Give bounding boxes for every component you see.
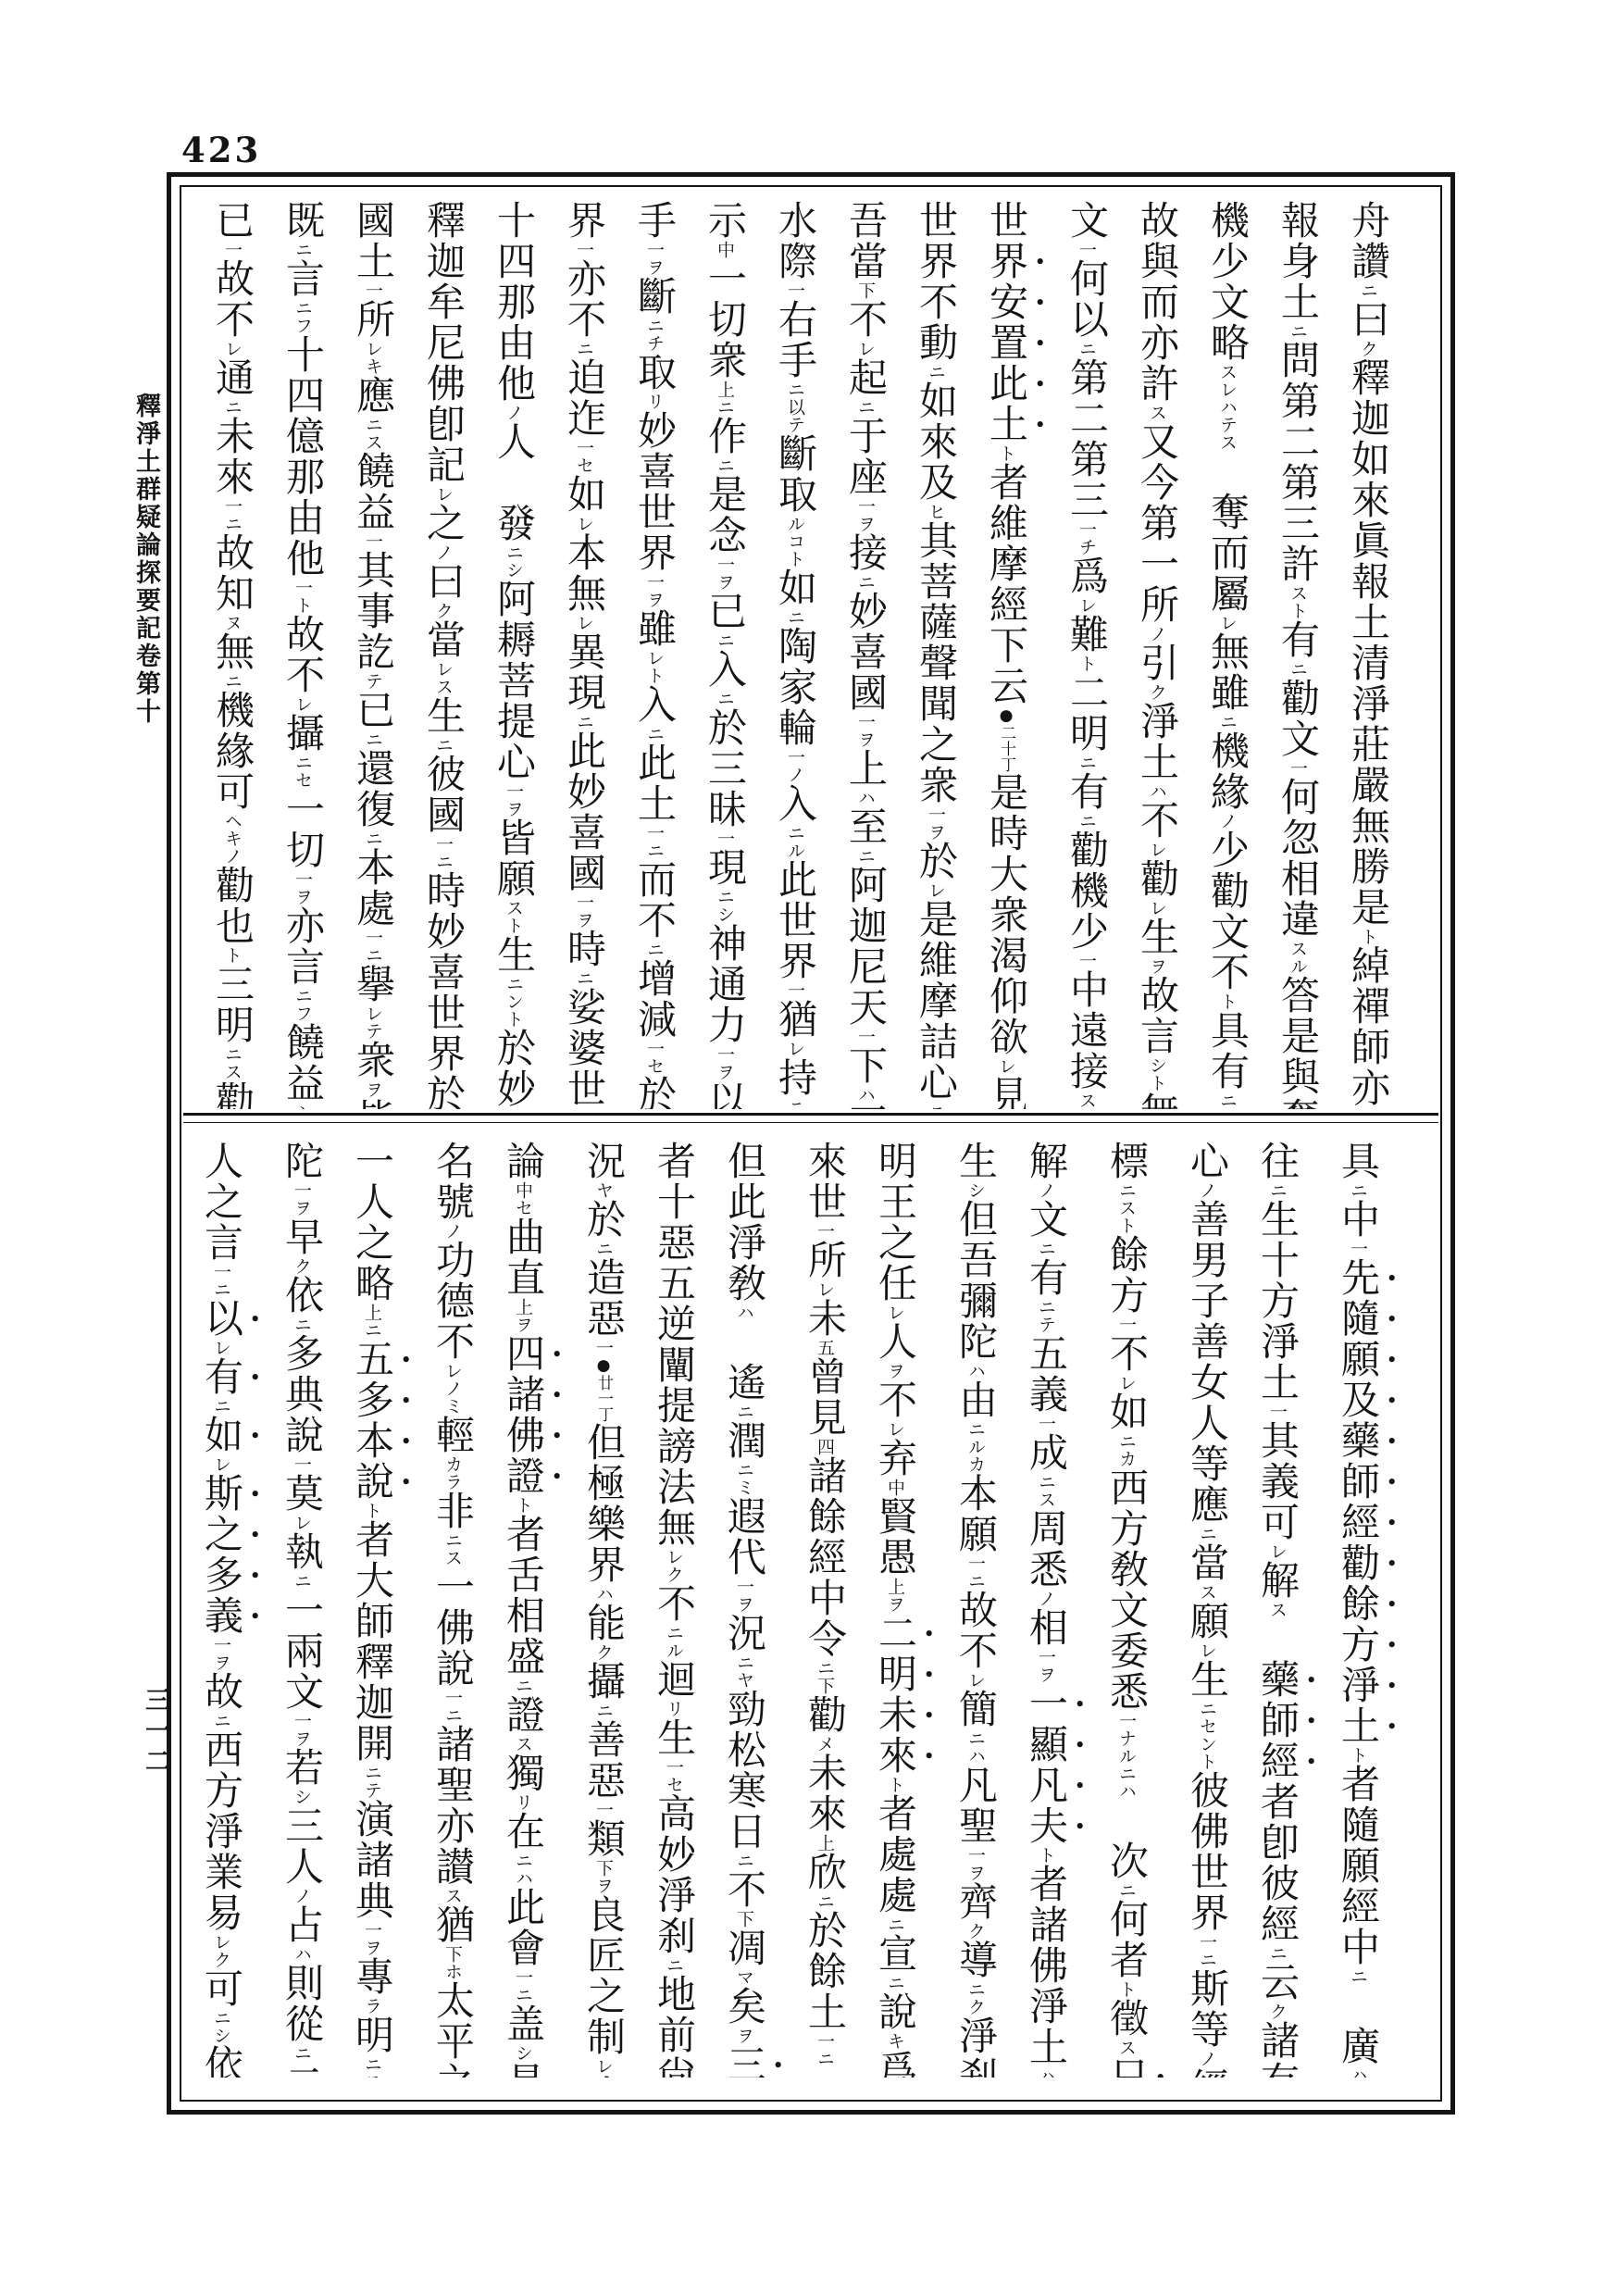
kunten-mark: ハ [292, 1945, 312, 1963]
text-column: 世界不動ニ如來及ヒ其菩薩聲聞之衆一ヲ於レ是維摩詰心ニ念スラク [901, 200, 971, 1109]
kunten-mark: ニ [1077, 812, 1097, 830]
kunten-mark: ハ [1147, 782, 1167, 800]
kunten-mark: 一 [574, 439, 594, 456]
kunten-mark: 中 [513, 1181, 533, 1199]
kunten-mark: ニ [1267, 1944, 1288, 1962]
kunten-mark: 一 [222, 241, 243, 258]
kunten-mark: 上 [885, 1578, 905, 1595]
kunten-mark: ハ [855, 789, 876, 806]
kunten-mark: ニ [222, 672, 243, 690]
kunten-mark: ニ [433, 853, 454, 870]
kunten-mark: ス [1036, 1491, 1056, 1508]
kunten-mark: ニ [885, 1974, 905, 1991]
text-column: 既ニ言ニフ十四億那由他一ト故不レ攝ニセ一切一ヲ亦言ニフ饒益シ其事訖ト [268, 200, 338, 1109]
kunten-mark: シ [513, 2044, 533, 2062]
kunten-mark: 四 [815, 1438, 835, 1455]
kunten-mark: ニ [211, 1397, 231, 1415]
kunten-mark: 一 [1036, 1648, 1056, 1666]
kunten-mark: ニ [593, 1702, 614, 1719]
kunten-mark: ニ [1197, 1525, 1217, 1542]
text-column: 一人之略上ニ五多本說ト者大師釋迦開ニテ演諸典一ヲ專ラ明ニス彌 [337, 1141, 417, 2078]
folio-note: ●二十丁 [997, 706, 1015, 772]
kunten-mark: ヲ [734, 1595, 754, 1613]
text-column: 陀一ヲ早ク依ニ多典說一莫レ執ニ一兩文一ヲ若シ三人ノ占ハ則從ニ二 [267, 1141, 337, 2078]
kunten-mark: ニ [644, 842, 665, 859]
kunten-mark: レ [885, 1420, 905, 1438]
kunten-mark: レ [1217, 614, 1238, 631]
kunten-mark: レ [1267, 1542, 1288, 1560]
kunten-mark: ニ [1116, 1432, 1137, 1450]
kunten-mark: ク [211, 1951, 231, 1968]
kunten-mark: ヲ [513, 1316, 533, 1333]
kunten-mark: テ [1036, 1316, 1056, 1333]
kunten-mark: シ [504, 561, 524, 579]
kunten-mark: ニ [1267, 1181, 1288, 1199]
kunten-mark: ハ [965, 1362, 986, 1379]
kunten-mark: 下 [442, 1945, 463, 1963]
kunten-mark: レ [211, 1933, 231, 1951]
text-column: 論中セ曲直上ヲ四諸佛證ト者舌相盛ニ證ス獨リ在ニハ此會一ニ盖シ是大善 [488, 1141, 568, 2078]
kunten-mark: ニ [1288, 660, 1308, 678]
upper-text-block: 舟讚ニ曰ク釋迦如來眞報土清淨莊嚴無勝是ト綽禪師亦屬ス報身土ニ問第二第三許スト有ニ… [187, 200, 1403, 1109]
kunten-mark: ス [222, 1063, 243, 1080]
kunten-mark: ス [1116, 2039, 1137, 2056]
kunten-mark: レ [926, 881, 946, 899]
kunten-mark: 一 [815, 1222, 835, 1240]
kunten-mark: リ [644, 393, 665, 410]
kunten-mark: 一 [1116, 1316, 1137, 1333]
kunten-mark: ス [442, 1549, 463, 1566]
kunten-mark: ス [1217, 433, 1238, 451]
kunten-mark: 一 [965, 1846, 986, 1864]
kunten-mark: ニ [885, 1915, 905, 1933]
kunten-mark: ク [965, 1922, 986, 1940]
kunten-mark: ク [1358, 340, 1378, 357]
kunten-mark: ノ [292, 1887, 312, 1904]
kunten-mark: シト [1147, 1056, 1167, 1092]
kunten-mark: ヲ [644, 258, 665, 276]
kunten-mark: ト [1217, 992, 1238, 1010]
kunten-mark: ヲ [574, 911, 594, 929]
kunten-mark: ニ [664, 1956, 684, 1974]
kunten-mark: 一 [292, 1712, 312, 1729]
text-column: 來世一所レ未五曾見四諸餘經中令ニ下勸メ未來上欣ニ於餘土一ニ [790, 1141, 860, 2078]
kunten-mark: 一 [734, 1578, 754, 1595]
kunten-mark: 上 [513, 1298, 533, 1316]
kunten-mark: ニ [715, 456, 735, 474]
kunten-mark: 一 [1077, 520, 1097, 538]
kunten-mark: シ [211, 2027, 231, 2044]
kunten-mark: セ [574, 456, 594, 474]
kunten-mark: シ [292, 1788, 312, 1805]
kunten-mark: 一 [855, 1028, 876, 1045]
kunten-mark: ニ [1197, 1700, 1217, 1717]
kunten-mark: フ [292, 317, 313, 334]
kunten-mark: 一 [855, 497, 876, 515]
kunten-mark: ル [664, 1641, 684, 1659]
kunten-mark: レ [1116, 1374, 1137, 1391]
kunten-mark: ニ [785, 1098, 805, 1109]
kunten-mark: ルコト [785, 515, 805, 568]
kunten-mark: レ [785, 1040, 805, 1057]
kunten-mark: レ [442, 1362, 463, 1379]
kunten-mark: 一 [593, 1339, 614, 1356]
kunten-mark: ニ [362, 1321, 382, 1339]
kunten-mark: レ [363, 1004, 383, 1022]
kunten-mark: ニ [734, 1461, 754, 1479]
page-number: 423 [181, 130, 261, 170]
kunten-mark: フ [292, 1004, 313, 1022]
kunten-mark: シ [715, 905, 735, 923]
kunten-mark: ニ [211, 2009, 231, 2027]
kunten-mark: ニ [644, 725, 665, 742]
kunten-mark: ナルニハ [1116, 1729, 1137, 1800]
kunten-mark: ト [1358, 928, 1378, 945]
kunten-mark: ニ [292, 2044, 312, 2062]
kunten-mark: ハ [1348, 2066, 1368, 2078]
kunten-mark: ニ [1197, 1951, 1217, 1968]
kunten-mark: 一 [292, 1181, 312, 1199]
kunten-mark: 下 [593, 1859, 614, 1877]
kunten-mark: ヲ [363, 1080, 383, 1098]
kunten-mark: 一 [363, 281, 383, 299]
kunten-mark: 一 [292, 1455, 312, 1473]
kunten-mark: リ [513, 1793, 533, 1811]
kunten-mark: 一 [1348, 1240, 1368, 1257]
kunten-mark: ニ [442, 1706, 463, 1724]
kunten-mark: ハ [734, 1304, 754, 1321]
kunten-mark: 一 [363, 929, 383, 946]
kunten-mark: 中 [715, 241, 735, 258]
kunten-mark: ト [1077, 655, 1097, 672]
kunten-mark: カラ [442, 1455, 463, 1491]
kunten-mark: ニ [644, 317, 665, 334]
kunten-mark: ノミ [442, 1379, 463, 1415]
kunten-mark: ラ [362, 1997, 382, 2015]
kunten-mark: 一 [644, 573, 665, 591]
kunten-mark: ク [593, 1643, 614, 1661]
kunten-mark: ルカ [965, 1438, 986, 1473]
kunten-mark: ヲ [292, 888, 313, 905]
kunten-mark: チ [644, 334, 665, 352]
kunten-mark: スレハ [1217, 363, 1238, 416]
text-column: 國土一所レキ應ニス饒益一其事訖テ已ニ還復ニ本處一ニ擧レテ衆ヲ皆見ル略抄 [338, 200, 408, 1109]
kunten-mark: キ [885, 2032, 905, 2050]
text-column: 報身土ニ問第二第三許スト有ニ勸文一何忽相違スル答是與奪ノ義 [1263, 200, 1333, 1109]
kunten-mark: 一 [574, 893, 594, 911]
kunten-mark: ニ [1288, 322, 1308, 340]
kunten-mark: 一 [211, 1263, 231, 1280]
kunten-mark: ニ [785, 608, 805, 626]
kunten-mark: 一 [965, 1554, 986, 1572]
kunten-mark: ノ [222, 847, 243, 865]
text-column: 況ヤ於ニ造惡一●廿一丁但極樂界ハ能ク攝ニ善惡一類下ヲ良匠之制レ木ヲ不 [568, 1141, 639, 2078]
kunten-mark: ヲ [715, 573, 735, 591]
text-column: 明王之任レ人ヲ不レ弃中賢愚上ヲ二明未來ト者處處ニ宣ニ說キ爲ニ未 [860, 1141, 940, 2078]
kunten-mark: テ [1217, 416, 1238, 433]
kunten-mark: レ [815, 1280, 835, 1298]
kunten-mark: ス [1267, 1601, 1288, 1618]
kunten-mark: ヲ [926, 823, 946, 841]
kunten-mark: ス [363, 433, 383, 451]
kunten-mark: ノ [1197, 2050, 1217, 2067]
text-column: 解ノ文ニ有ニテ五義一成ニス周悉ノ相一ヲ一顯凡夫ト者諸佛淨土ハ凡類難シ [1011, 1141, 1091, 2078]
kunten-mark: ハ [1036, 2067, 1056, 2078]
kunten-mark: ス [513, 1735, 533, 1753]
kunten-mark: セ [644, 1057, 665, 1075]
kunten-mark: セ [664, 1776, 684, 1793]
kunten-mark: ノ [785, 766, 805, 783]
kunten-mark: 下 [855, 281, 876, 299]
kunten-mark: ニ [362, 1764, 382, 1781]
kunten-mark: ニ [1116, 1881, 1137, 1899]
kunten-mark: ニ [855, 398, 876, 416]
text-column: 界一亦不ニ迫迮一セ如レ本無レ異現ニ此妙喜國一ヲ時ニ娑婆世界ノ [549, 200, 619, 1109]
kunten-mark: ニ [574, 713, 594, 730]
kunten-mark: ニ [211, 1280, 231, 1298]
kunten-mark: レ [996, 1057, 1016, 1075]
kunten-mark: ノ [1197, 1181, 1217, 1199]
kunten-mark: ニ [855, 847, 876, 865]
kunten-mark: ニ [292, 241, 313, 258]
text-column: 往ニ生十方淨土一其義可レ解ス 藥師經者卽彼經ニ云ク諸有信 [1242, 1141, 1323, 2078]
kunten-mark: 一 [504, 782, 524, 800]
kunten-mark: ニ [815, 1659, 835, 1677]
kunten-mark: ク [1147, 683, 1167, 701]
kunten-mark: ト [504, 917, 524, 934]
kunten-mark: ク [1267, 2003, 1288, 2020]
kunten-mark: ト [362, 1502, 382, 1519]
kunten-mark: ニ [1036, 1240, 1056, 1257]
kunten-mark: ニ [222, 515, 243, 532]
block-divider-thin [183, 1122, 1438, 1123]
kunten-mark: ノ [1036, 1590, 1056, 1607]
kunten-mark: ヤ [734, 1671, 754, 1689]
kunten-mark: ニ [1217, 713, 1238, 730]
kunten-mark: ト [996, 444, 1016, 462]
kunten-mark: レ [211, 1455, 231, 1473]
kunten-mark: ヲ [734, 2027, 754, 2044]
kunten-mark: ニ [965, 1420, 986, 1438]
kunten-mark: シ [965, 1181, 986, 1199]
kunten-mark: 一 [926, 805, 946, 823]
kunten-mark: ヌ [222, 614, 243, 631]
kunten-mark: 一 [785, 748, 805, 766]
kunten-mark: ニ [855, 573, 876, 591]
text-column: 十四那由他ノ人 發ニシ阿耨菩提心一ヲ皆願スト生ニント於妙喜佛土一ニ [479, 200, 549, 1109]
folio-number: 三一二 [137, 1687, 173, 1798]
kunten-mark: ス [1147, 404, 1167, 421]
kunten-mark: ニ [211, 1712, 231, 1729]
kunten-mark: レ [664, 1548, 684, 1566]
kunten-mark: レ [1147, 899, 1167, 917]
kunten-mark: ク [433, 602, 454, 619]
kunten-mark: ト [292, 596, 313, 614]
kunten-mark: ニ [504, 543, 524, 561]
text-column: 釋迦牟尼佛卽記レ之ノ曰ク當レス生ニ彼國一ニ時妙喜世界於ニ此 [408, 200, 479, 1109]
kunten-mark: 上 [815, 1834, 835, 1852]
margin-title: 釋淨土群疑論探要記卷第十 [128, 393, 164, 726]
kunten-mark: ヲ [965, 1864, 986, 1881]
kunten-mark: ヲ [593, 1877, 614, 1894]
text-column: 已一故不レ通ニ未來一ニ故知ヌ無ニ機緣可ヘキノ勸也ト三明ニス勸文不 [197, 200, 268, 1109]
kunten-mark: ヲ [885, 1362, 905, 1379]
kunten-mark: ク [292, 1257, 312, 1275]
kunten-mark: ニ [513, 1852, 533, 1869]
scanned-book-page: { "page": { "number": "423", "margin_tit… [0, 0, 1618, 2296]
kunten-mark: ト [885, 1776, 905, 1793]
kunten-mark: ヲ [1036, 1666, 1056, 1683]
kunten-mark: レ [292, 1514, 312, 1531]
kunten-mark: ニ [222, 1045, 243, 1063]
kunten-mark: ニ [734, 1852, 754, 1869]
kunten-mark: 一 [593, 1801, 614, 1818]
kunten-mark: レ [211, 1339, 231, 1356]
text-column: 名號ノ功德不レノミ輕カラ非ニス一佛說一ニ諸聖亦讃ス猶下ホ太平之功非中 [417, 1141, 488, 2078]
kunten-mark: テ [363, 672, 383, 690]
kunten-mark: セ [292, 771, 313, 789]
kunten-mark: 一 [222, 497, 243, 515]
kunten-mark: テ [363, 1022, 383, 1040]
kunten-mark: カ [1116, 1450, 1137, 1467]
kunten-mark: レ [1197, 1641, 1217, 1659]
kunten-mark: ノ [442, 1222, 463, 1240]
kunten-mark: ニ [1348, 1967, 1368, 1985]
kunten-mark: ント [504, 992, 524, 1028]
kunten-mark: ヲ [504, 800, 524, 817]
kunten-mark: ニ [815, 1892, 835, 1910]
kunten-mark: 中 [885, 1479, 905, 1496]
kunten-mark: ニ [715, 631, 735, 649]
kunten-mark: レ [1077, 596, 1097, 614]
kunten-mark: レ [593, 2057, 614, 2075]
kunten-mark: 一 [362, 1921, 382, 1939]
kunten-mark: ニ [292, 987, 313, 1004]
text-column: 文一何以ニ第二第三一チ爲レ難ト二明ニ有ニ勸機少一中遠接ス妙喜 [1052, 200, 1122, 1109]
kunten-mark: ト [513, 1496, 533, 1514]
text-column: 水際一右手ニ以テ斷取ルコト如ニ陶家輪一ノ入ニル此世界一猶レ持ニカ花鬘一ヲ [760, 200, 830, 1109]
kunten-mark: 一 [433, 835, 454, 853]
kunten-mark: 一 [1267, 1403, 1288, 1420]
kunten-mark: ニ [362, 2055, 382, 2073]
kunten-mark: ヲ [644, 591, 665, 608]
kunten-mark: レ [292, 695, 313, 713]
kunten-mark: ス [1197, 1583, 1217, 1601]
kunten-mark: 一 [644, 241, 665, 258]
kunten-mark: ニ [1348, 1181, 1368, 1199]
kunten-mark: ト [1288, 602, 1308, 619]
kunten-mark: スト [1116, 1199, 1137, 1234]
kunten-mark: ヤ [593, 1181, 614, 1199]
kunten-mark: 一 [1116, 1712, 1137, 1729]
kunten-mark: セント [1197, 1717, 1217, 1770]
kunten-mark: 五 [815, 1339, 835, 1356]
kunten-mark: セ [513, 1199, 533, 1217]
lower-text-block: 具ニ中一先隨願及藥師經勸餘方淨土ト者隨願經中ニ 廣ハク明ス往ニ生十方淨土一其義可… [187, 1141, 1403, 2078]
kunten-mark: レ [1147, 841, 1167, 858]
kunten-mark: ル [785, 842, 805, 859]
kunten-mark: ヒ [926, 503, 946, 520]
kunten-mark: 一 [664, 1758, 684, 1776]
kunten-mark: レ [433, 660, 454, 678]
kunten-mark: ト [644, 667, 665, 684]
kunten-mark: 一 [513, 1968, 533, 1986]
kunten-mark: 一 [785, 981, 805, 999]
kunten-mark: ニ [1036, 1298, 1056, 1316]
kunten-mark: ノ [1217, 812, 1238, 830]
kunten-mark: ミ [734, 1479, 754, 1496]
kunten-mark: 一 [574, 241, 594, 258]
kunten-mark: ハ [965, 1747, 986, 1765]
text-column: 世界安置此土ト者維摩經下云●二十丁是時大衆渴仰欲レ見ントニ妙喜 [971, 200, 1052, 1109]
kunten-mark: ハ [855, 1086, 876, 1104]
kunten-mark: レ [574, 614, 594, 631]
kunten-mark: ニ [715, 398, 735, 416]
kunten-mark: ニ [926, 1103, 946, 1109]
kunten-mark: ニ [504, 975, 524, 992]
kunten-mark: ノ [433, 543, 454, 561]
kunten-mark: ヘキ [222, 812, 243, 847]
kunten-mark: ニ [715, 888, 735, 905]
kunten-mark: ト [1116, 1980, 1137, 1998]
kunten-mark: ヲ [211, 1653, 231, 1671]
kunten-mark: チ [1077, 538, 1097, 555]
kunten-mark: ス [442, 1887, 463, 1904]
kunten-mark: ス [433, 678, 454, 695]
kunten-mark: 一 [1288, 759, 1308, 777]
kunten-mark: ハ [513, 1869, 533, 1887]
kunten-mark: 下 [815, 1677, 835, 1694]
kunten-mark: ニ [593, 1240, 614, 1257]
kunten-mark: 上 [362, 1304, 382, 1321]
kunten-mark: ニ [785, 381, 805, 398]
kunten-mark: レ [363, 340, 383, 357]
kunten-mark: ヲ [885, 1595, 905, 1613]
kunten-mark: ニ [222, 398, 243, 416]
kunten-mark: ホ [442, 1963, 463, 1980]
kunten-mark: ニ [292, 1572, 312, 1590]
kunten-mark: ニ [574, 340, 594, 357]
kunten-mark: ヲ [715, 1063, 735, 1080]
kunten-mark: ク [965, 1998, 986, 2015]
kunten-mark: ニ [433, 736, 454, 754]
kunten-mark: ニ [363, 730, 383, 748]
text-column: 舟讚ニ曰ク釋迦如來眞報土清淨莊嚴無勝是ト綽禪師亦屬ス [1333, 200, 1403, 1109]
kunten-mark: 下 [734, 1910, 754, 1928]
kunten-mark: ヲ [292, 1729, 312, 1747]
kunten-mark: ク [664, 1566, 684, 1583]
text-column: 具ニ中一先隨願及藥師經勸餘方淨土ト者隨願經中ニ 廣ハク明ス [1323, 1141, 1403, 2078]
kunten-mark: レ [855, 340, 876, 357]
kunten-mark: 一 [442, 1689, 463, 1706]
kunten-mark: ノ [504, 404, 524, 421]
kunten-mark: ニ [292, 1316, 312, 1333]
kunten-mark: 一 [785, 281, 805, 299]
kunten-mark: シ [292, 1104, 313, 1109]
kunten-mark: ヲ [1147, 957, 1167, 975]
kunten-mark: 以テ [785, 398, 805, 433]
kunten-mark: ニ [965, 1980, 986, 1998]
text-column: 人之言一ニ以レ有ニ如レ斯之多義一ヲ故ニ西方淨業易レク可ニシ依行一ニ [187, 1141, 267, 2078]
kunten-mark: リ [664, 1700, 684, 1717]
kunten-mark: ニ [363, 416, 383, 433]
kunten-mark: ノ [1147, 625, 1167, 643]
kunten-mark: ニ [574, 969, 594, 987]
kunten-mark: レ [574, 515, 594, 532]
kunten-mark: ニ [734, 1403, 754, 1420]
block-divider [183, 1113, 1438, 1116]
kunten-mark: ニ [1077, 754, 1097, 771]
